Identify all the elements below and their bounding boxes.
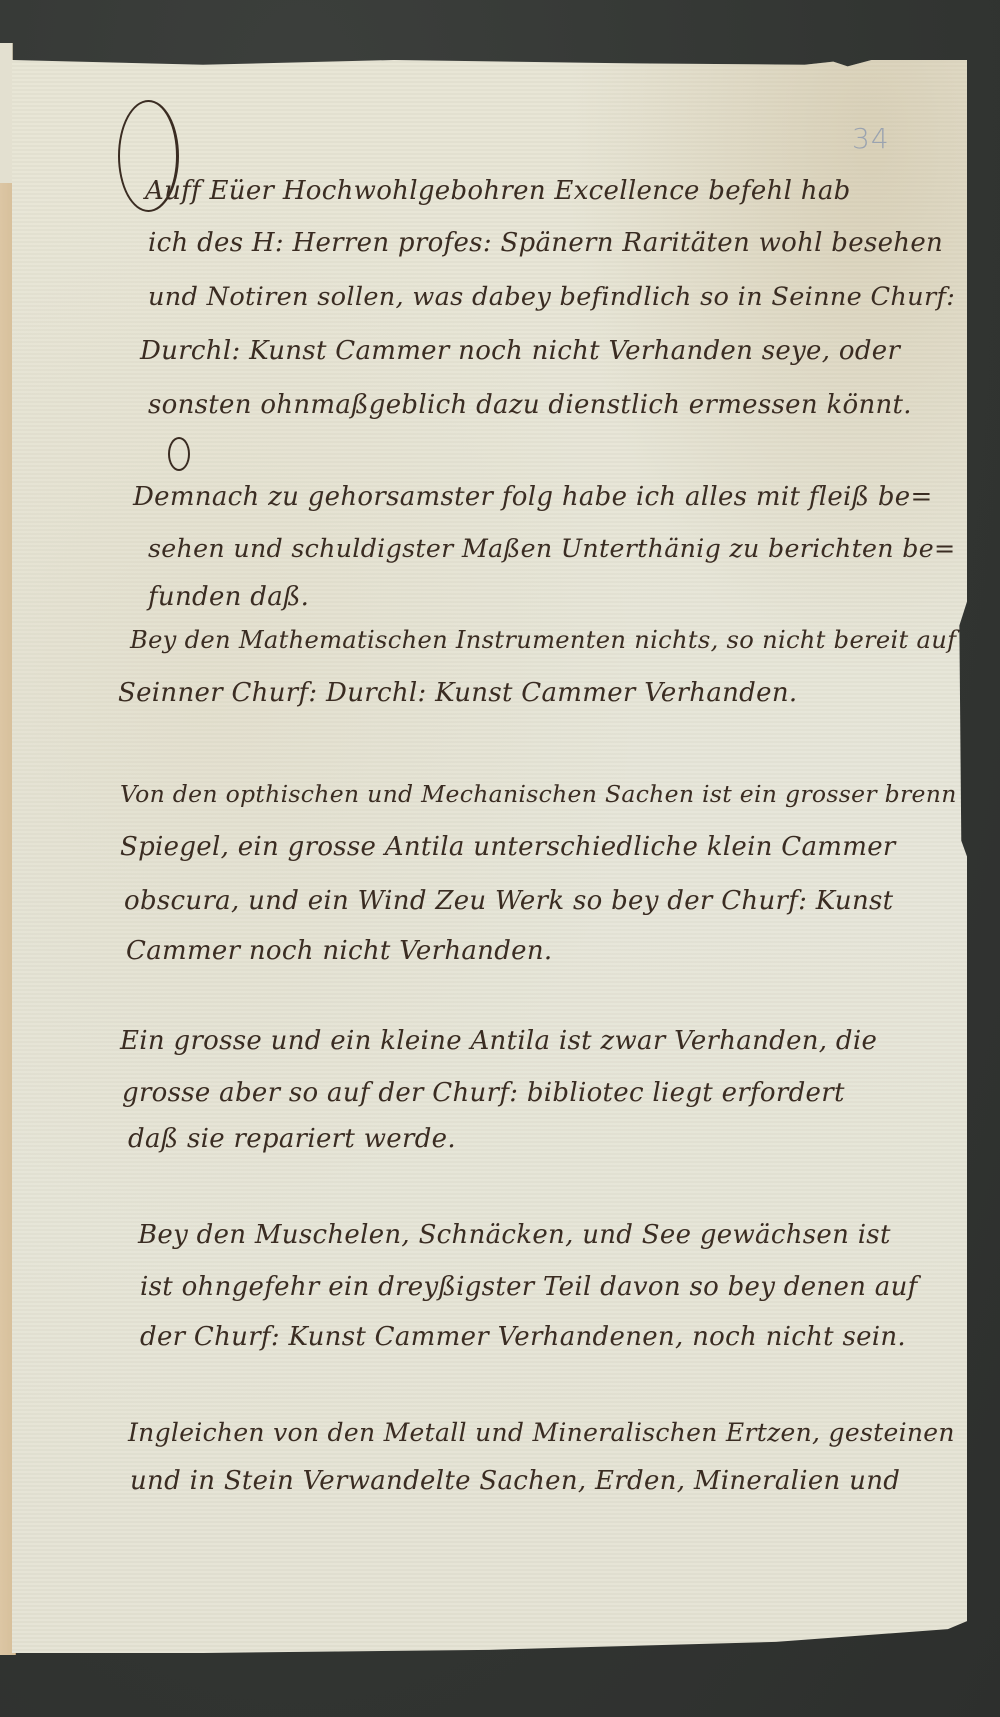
text-line: Spiegel, ein grosse Antila unterschiedli…: [120, 832, 896, 862]
text-line: sonsten ohnmaßgeblich dazu dienstlich er…: [148, 390, 912, 420]
text-line: grosse aber so auf der Churf: bibliotec …: [122, 1078, 845, 1108]
folio-number: 34: [852, 122, 890, 155]
text-line: Cammer noch nicht Verhanden.: [126, 936, 552, 966]
text-line: Bey den Mathematischen Instrumenten nich…: [130, 626, 956, 654]
text-line: und in Stein Verwandelte Sachen, Erden, …: [130, 1466, 900, 1496]
text-line: obscura, und ein Wind Zeu Werk so bey de…: [124, 886, 893, 916]
text-line: Demnach zu gehorsamster folg habe ich al…: [133, 482, 933, 512]
text-line: Seinner Churf: Durchl: Kunst Cammer Verh…: [118, 678, 797, 708]
text-line: Auff Eüer Hochwohlgebohren Excellence be…: [145, 176, 851, 206]
text-line: Ein grosse und ein kleine Antila ist zwa…: [120, 1026, 877, 1056]
text-line: Durchl: Kunst Cammer noch nicht Verhande…: [140, 336, 900, 366]
text-line: daß sie repariert werde.: [128, 1124, 456, 1154]
text-line: ist ohngefehr ein dreyßigster Teil davon…: [140, 1272, 918, 1302]
text-line: und Notiren sollen, was dabey befindlich…: [148, 282, 955, 312]
text-line: sehen und schuldigster Maßen Unterthänig…: [148, 534, 956, 563]
decorative-initial-small: [168, 437, 190, 471]
text-line: funden daß.: [148, 582, 309, 612]
text-line: Ingleichen von den Metall und Mineralisc…: [128, 1418, 955, 1447]
text-line: der Churf: Kunst Cammer Verhandenen, noc…: [140, 1322, 906, 1352]
adjacent-page-edge: [0, 43, 13, 183]
text-line: ich des H: Herren profes: Spänern Raritä…: [148, 228, 943, 258]
text-line: Von den opthischen und Mechanischen Sach…: [120, 780, 957, 808]
text-line: Bey den Muschelen, Schnäcken, und See ge…: [138, 1220, 891, 1250]
